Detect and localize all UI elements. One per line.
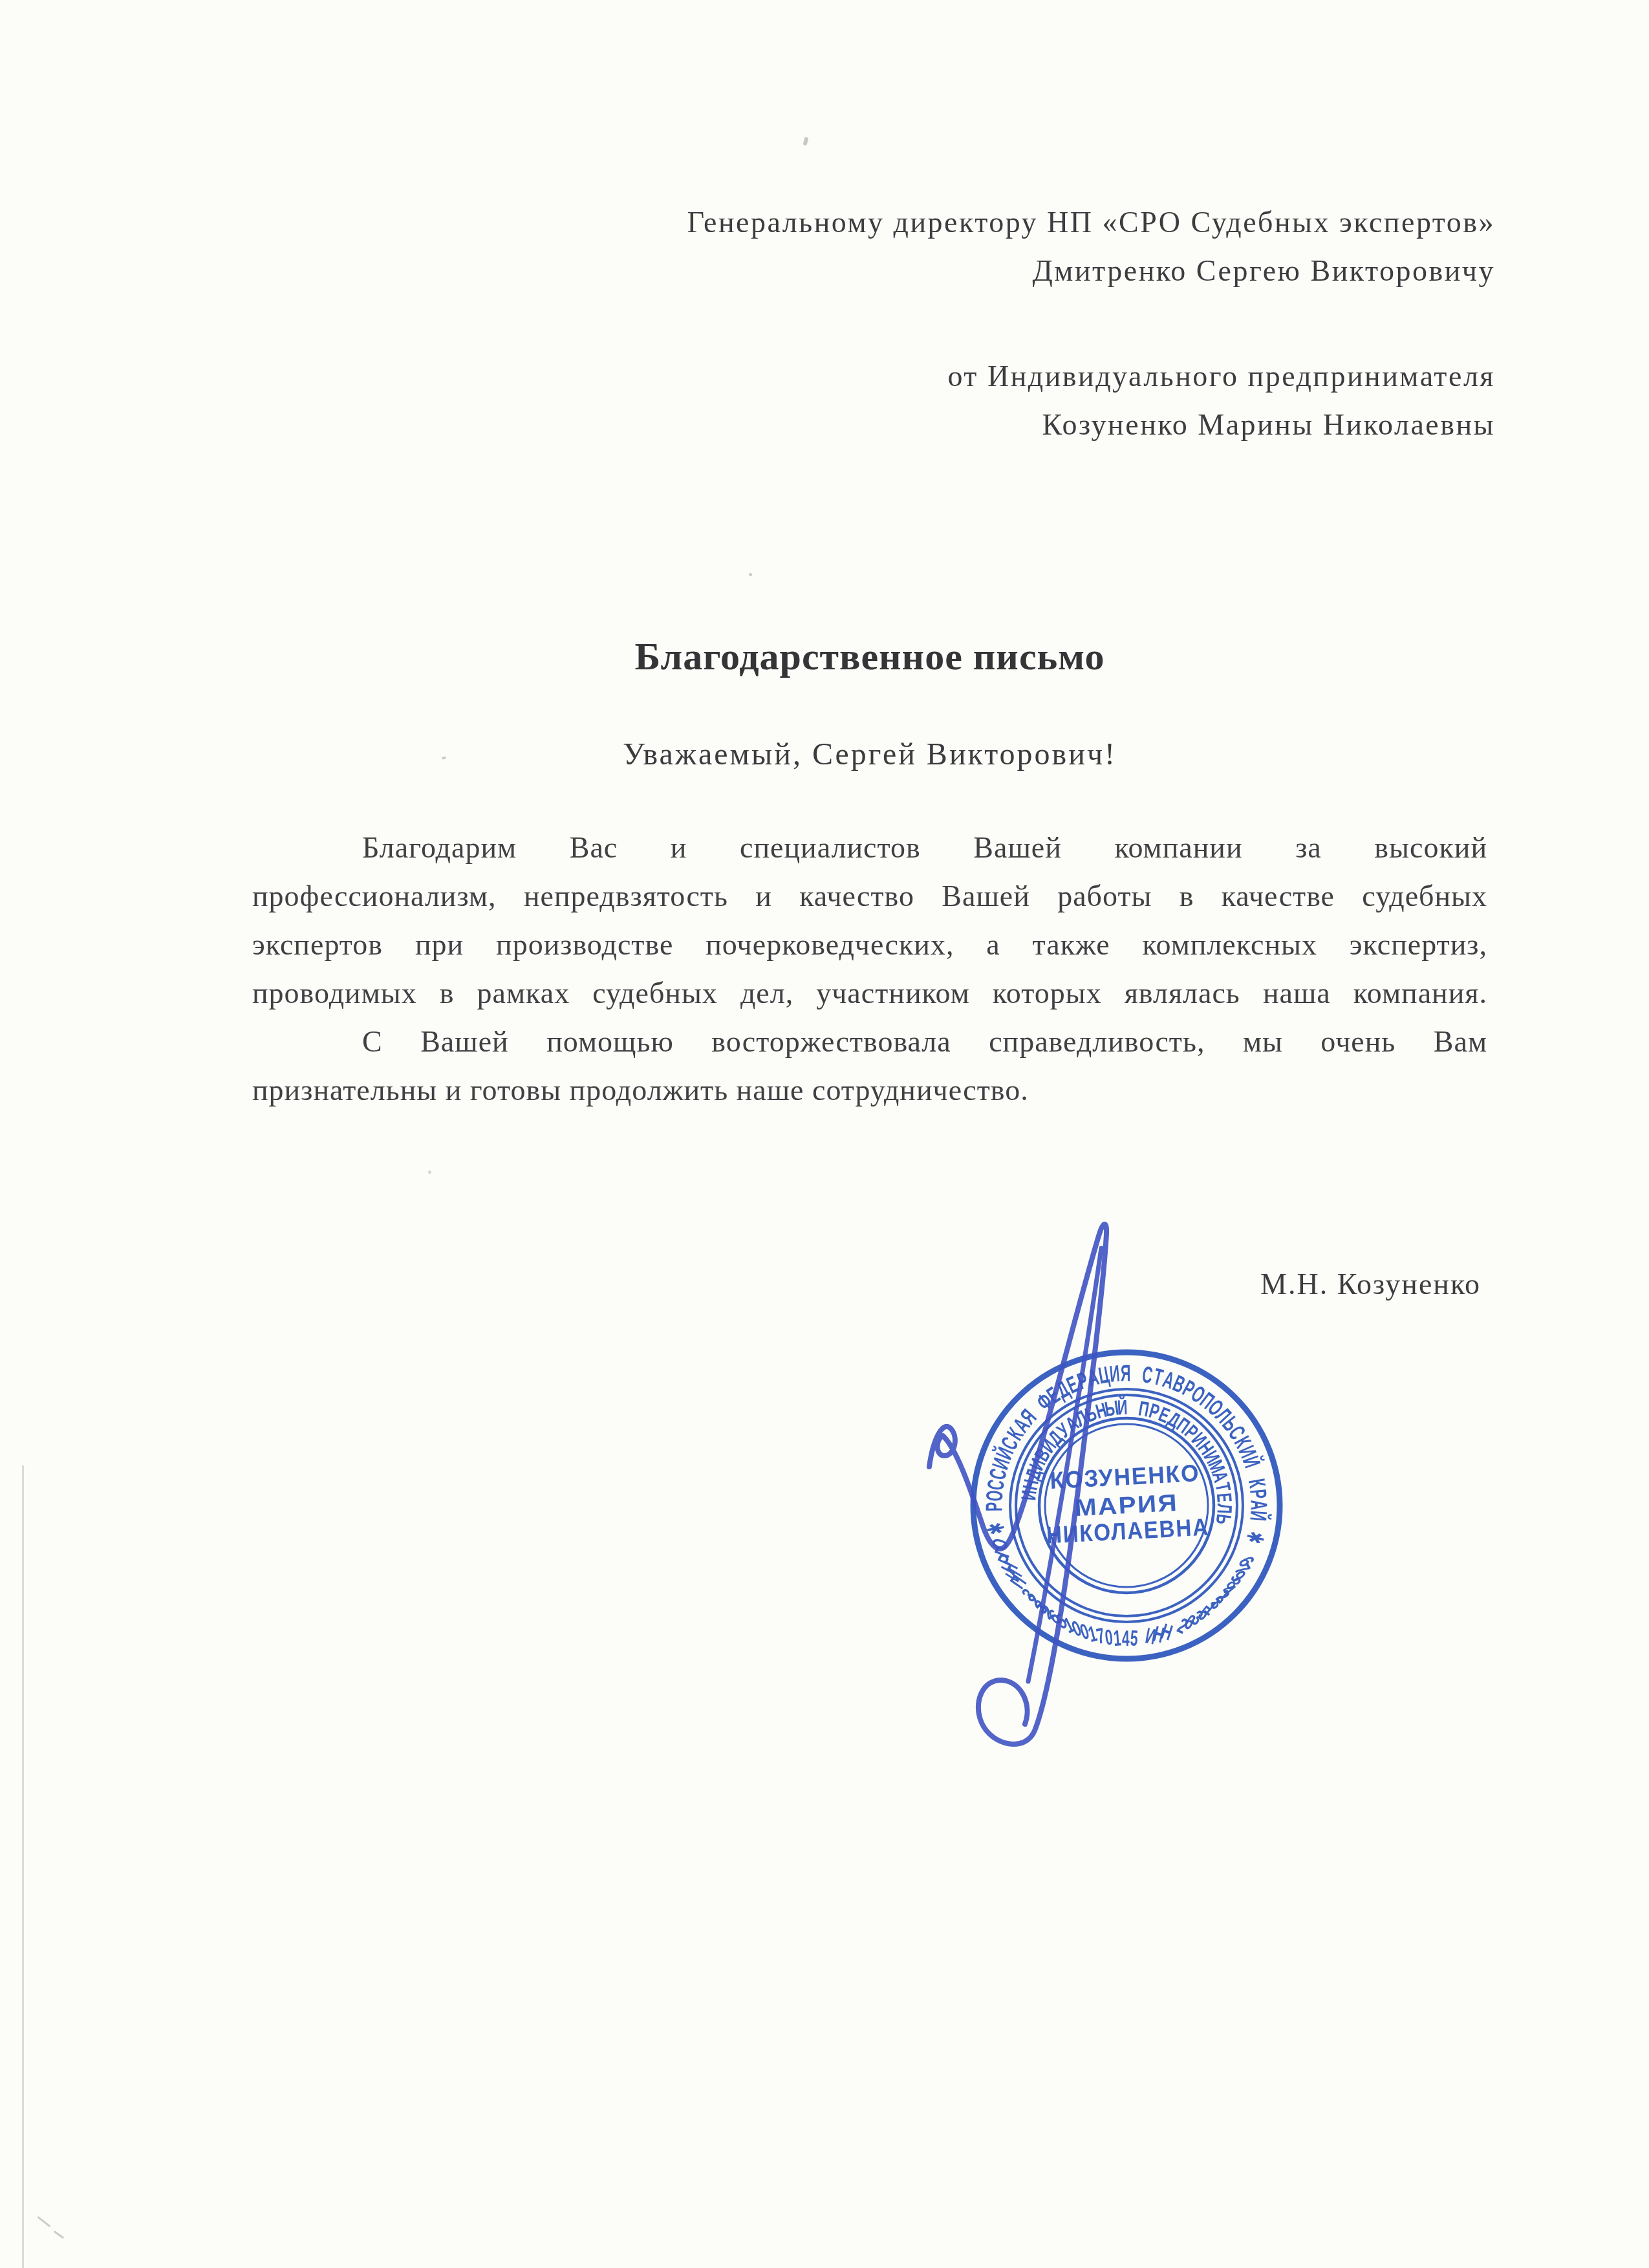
svg-text:Й: Й (1117, 1396, 1128, 1420)
body-line: проводимых в рамках судебных дел, участн… (252, 969, 1487, 1017)
sender-line: от Индивидуального предпринимателя (947, 352, 1495, 400)
recipient-line: Генеральному директору НП «СРО Судебных … (687, 198, 1495, 246)
svg-text:Л: Л (1213, 1503, 1237, 1513)
scan-speck (749, 573, 752, 576)
sender-line: Козуненко Марины Николаевны (947, 400, 1495, 449)
recipient-line: Дмитренко Сергею Викторовичу (687, 246, 1495, 295)
svg-text:А: А (1245, 1500, 1271, 1510)
svg-text:✱: ✱ (1240, 1529, 1268, 1546)
sender-block: от Индивидуального предпринимателя Козун… (947, 352, 1495, 449)
svg-text:1: 1 (1113, 1625, 1122, 1650)
svg-text:4: 4 (1122, 1626, 1130, 1651)
stamp-and-signature: ✱РОССИЙСКАЯФЕДЕРАЦИЯСТАВРОПОЛЬСКИЙКРАЙ✱ … (860, 1183, 1455, 1778)
svg-text:Е: Е (1212, 1492, 1236, 1503)
body-line: признательны и готовы продолжить наше со… (252, 1066, 1487, 1114)
recipient-block: Генеральному директору НП «СРО Судебных … (687, 198, 1495, 295)
svg-text:К: К (1243, 1477, 1270, 1490)
svg-text:5: 5 (1130, 1625, 1139, 1650)
scanner-edge-line (22, 1465, 24, 2268)
salutation: Уважаемый, Сергей Викторович! (252, 731, 1487, 779)
scan-speck (803, 136, 809, 146)
round-stamp: ✱РОССИЙСКАЯФЕДЕРАЦИЯСТАВРОПОЛЬСКИЙКРАЙ✱ … (973, 1352, 1280, 1659)
page-title: Благодарственное письмо (252, 634, 1487, 679)
stamp-center-line1: КОЗУНЕНКО (1050, 1460, 1201, 1494)
body-line: Благодарим Вас и специалистов Вашей комп… (252, 823, 1487, 872)
svg-text:Я: Я (1121, 1361, 1131, 1387)
svg-text:И: И (1108, 1361, 1121, 1387)
body-line: экспертов при производстве почерковедчес… (252, 920, 1487, 969)
scan-speck (428, 1171, 431, 1174)
body-line: С Вашей помощью восторжествовала справед… (252, 1017, 1487, 1066)
scan-corner-mark (38, 2216, 51, 2227)
svg-text:Ь: Ь (1211, 1513, 1236, 1526)
letter-body: Благодарим Вас и специалистов Вашей комп… (252, 823, 1487, 1114)
body-line: профессионализм, непредвзятость и качест… (252, 872, 1487, 920)
scanned-letter-page: { "letter": { "recipient_line1": "Генера… (0, 0, 1649, 2268)
scan-corner-mark (54, 2230, 64, 2239)
svg-text:Й: Й (1245, 1510, 1272, 1522)
svg-text:Р: Р (1245, 1488, 1271, 1500)
svg-text:Р: Р (982, 1502, 1008, 1511)
